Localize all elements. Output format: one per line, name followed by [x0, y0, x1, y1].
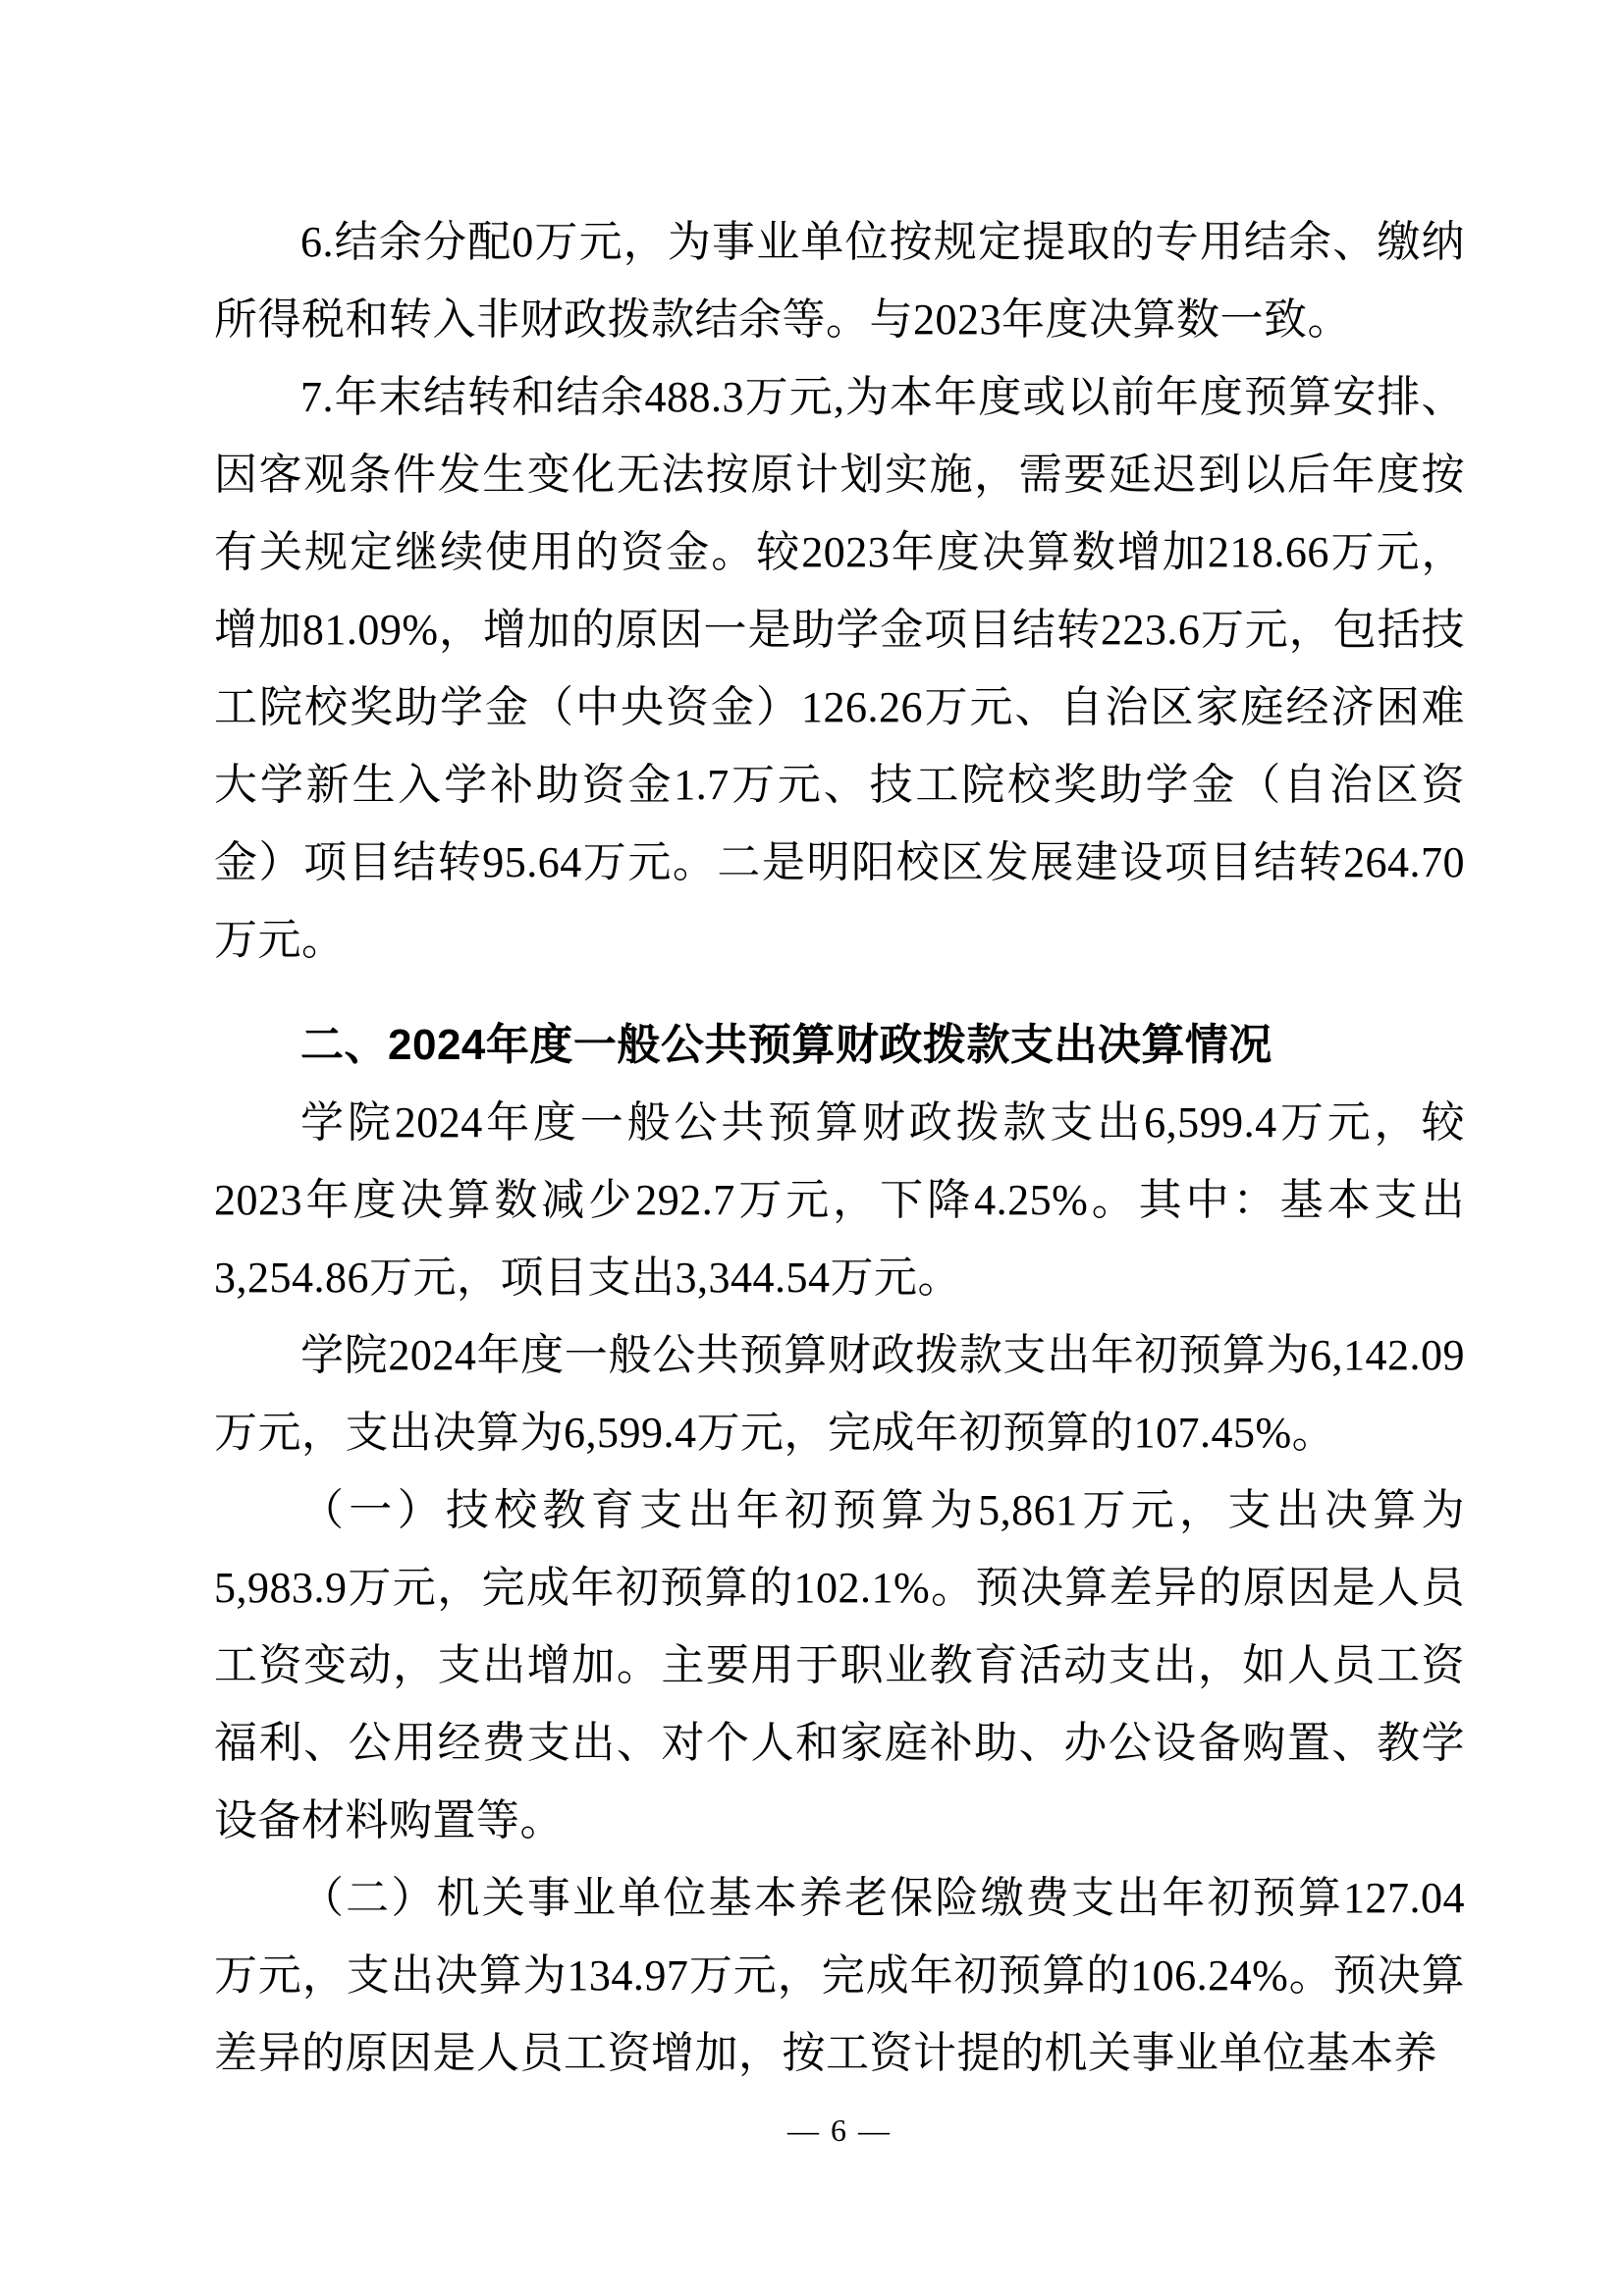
document-page: 6.结余分配0万元，为事业单位按规定提取的专用结余、缴纳所得税和转入非财政拨款结…	[0, 0, 1624, 2296]
para-sub1-technical-education: （一）技校教育支出年初预算为5,861万元，支出决算为5,983.9万元，完成年…	[214, 1471, 1465, 1859]
para-surplus-distribution: 6.结余分配0万元，为事业单位按规定提取的专用结余、缴纳所得税和转入非财政拨款结…	[214, 203, 1465, 358]
para-budget-vs-final: 学院2024年度一般公共预算财政拨款支出年初预算为6,142.09万元，支出决算…	[214, 1316, 1465, 1471]
page-footer: — 6 —	[0, 2110, 1624, 2150]
page-number: — 6 —	[787, 2112, 892, 2148]
para-sub2-pension-insurance: （二）机关事业单位基本养老保险缴费支出年初预算127.04万元，支出决算为134…	[214, 1859, 1465, 2092]
para-year-end-carryover: 7.年末结转和结余488.3万元,为本年度或以前年度预算安排、因客观条件发生变化…	[214, 358, 1465, 979]
para-expenditure-overview: 学院2024年度一般公共预算财政拨款支出6,599.4万元，较2023年度决算数…	[214, 1084, 1465, 1316]
section-heading-fiscal-expenditure: 二、2024年度一般公共预算财政拨款支出决算情况	[214, 1006, 1465, 1084]
document-body: 6.结余分配0万元，为事业单位按规定提取的专用结余、缴纳所得税和转入非财政拨款结…	[214, 203, 1465, 2092]
